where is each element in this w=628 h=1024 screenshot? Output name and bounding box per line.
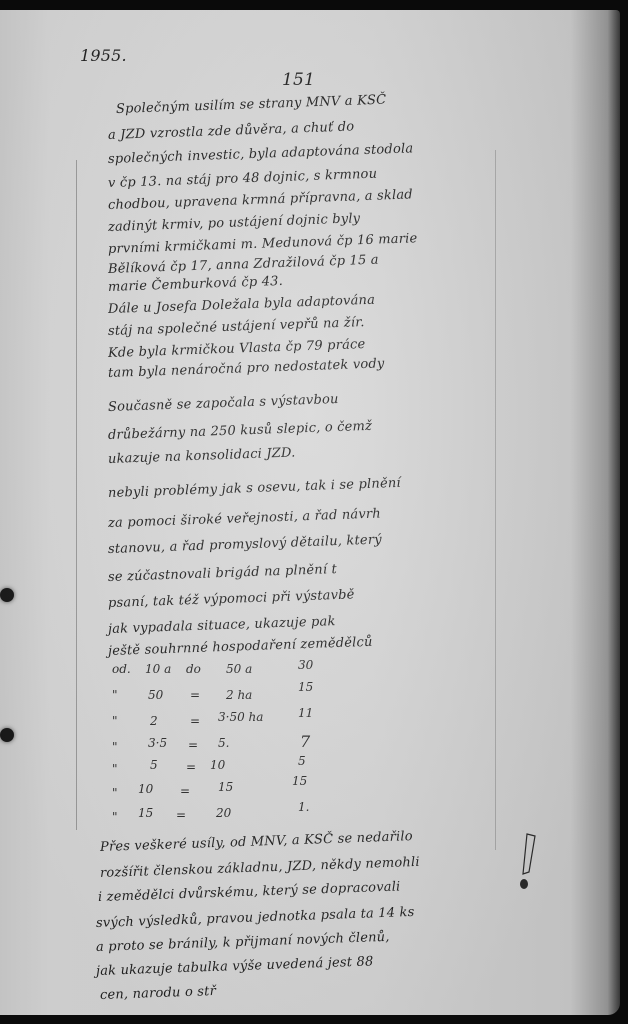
text-line: a JZD vzrostla zde důvěra, a chuť do bbox=[108, 119, 355, 143]
left-margin-line bbox=[76, 160, 77, 830]
text-line: marie Čemburková čp 43. bbox=[108, 274, 284, 295]
text-line: tam byla nenáročná pro nedostatek vody bbox=[108, 356, 385, 381]
text-line: Přes veškeré usíly, od MNV, a KSČ se ned… bbox=[100, 829, 413, 855]
text-line: jak vypadala situace, ukazuje pak bbox=[108, 614, 336, 637]
table-to: 50 a bbox=[226, 662, 252, 676]
table-count: 30 bbox=[298, 658, 313, 672]
text-line: nebyli problémy jak s osevu, tak i se pl… bbox=[108, 476, 401, 501]
table-prefix: " bbox=[112, 810, 118, 824]
table-from: 2 bbox=[150, 714, 158, 728]
text-line: zadinýt krmiv, po ustájení dojnic byly bbox=[108, 211, 361, 235]
table-to: 2 ha bbox=[226, 688, 252, 702]
text-line: Bělíková čp 17, anna Zdražilová čp 15 a bbox=[108, 253, 379, 277]
table-from: 10 a bbox=[145, 662, 171, 676]
table-op: = bbox=[188, 738, 198, 752]
table-from: 15 bbox=[138, 806, 153, 820]
text-line: a proto se bránily, k přijmaní nových čl… bbox=[96, 930, 390, 955]
table-op: = bbox=[186, 760, 196, 774]
table-op: do bbox=[186, 662, 201, 676]
table-prefix: " bbox=[112, 786, 118, 800]
table-to: 5. bbox=[218, 736, 229, 750]
ledger-page: 1955. 151 Společným usilím se strany MNV… bbox=[0, 10, 620, 1015]
table-prefix: " bbox=[112, 688, 118, 702]
table-prefix: " bbox=[112, 714, 118, 728]
text-line: drůbežárny na 250 kusů slepic, o čemž bbox=[108, 419, 373, 443]
table-count: 15 bbox=[298, 680, 313, 694]
text-line: psaní, tak též výpomoci při výstavbě bbox=[108, 587, 355, 611]
table-to: 20 bbox=[216, 806, 231, 820]
table-op: = bbox=[190, 714, 200, 728]
text-line: v čp 13. na stáj pro 48 dojnic, s krmnou bbox=[108, 167, 378, 191]
table-from: 10 bbox=[138, 782, 153, 796]
right-margin-line bbox=[495, 150, 496, 850]
table-to: 15 bbox=[218, 780, 233, 794]
page-number: 151 bbox=[282, 70, 315, 90]
text-line: i zemědělci dvůrskému, který se dopracov… bbox=[98, 879, 401, 905]
text-line: Dále u Josefa Doležala byla adaptována bbox=[108, 293, 376, 317]
year-heading: 1955. bbox=[80, 46, 127, 65]
table-prefix: " bbox=[112, 762, 118, 776]
binding-hole-upper bbox=[0, 588, 14, 602]
text-line: stanovu, a řad promyslový dětailu, který bbox=[108, 532, 382, 557]
text-line: Společným usilím se strany MNV a KSČ bbox=[116, 93, 387, 117]
table-to: 3·50 ha bbox=[218, 710, 263, 724]
table-count: 15 bbox=[292, 774, 307, 788]
text-line: rozšířit členskou základnu, JZD, někdy n… bbox=[100, 855, 420, 881]
text-line: společných investic, byla adaptována sto… bbox=[108, 141, 414, 167]
text-line: cen, narodu o stř bbox=[100, 984, 217, 1003]
text-line: Současně se započala s výstavbou bbox=[108, 392, 339, 415]
text-line: svých výsledků, pravou jednotka psala ta… bbox=[96, 905, 415, 931]
table-count: 7 bbox=[300, 732, 310, 751]
table-op: = bbox=[180, 784, 190, 798]
table-op: = bbox=[190, 688, 200, 702]
binding-hole-lower bbox=[0, 728, 14, 742]
table-prefix: " bbox=[112, 740, 118, 754]
text-line: chodbou, upravena krmná přípravna, a skl… bbox=[108, 187, 413, 213]
table-count: 11 bbox=[298, 706, 313, 720]
table-op: = bbox=[176, 808, 186, 822]
text-line: se zúčastnovali brigád na plnění t bbox=[108, 562, 337, 585]
table-from: 5 bbox=[150, 758, 158, 772]
table-to: 10 bbox=[210, 758, 225, 772]
table-count: 5 bbox=[298, 754, 306, 768]
text-line: jak ukazuje tabulka výše uvedená jest 88 bbox=[96, 954, 374, 979]
exclamation-mark-icon bbox=[520, 832, 538, 892]
text-line: ještě souhrnné hospodaření zemědělců bbox=[108, 635, 373, 659]
table-prefix: od. bbox=[112, 662, 131, 676]
table-from: 3·5 bbox=[148, 736, 167, 750]
table-from: 50 bbox=[148, 688, 163, 702]
text-line: za pomoci široké veřejnosti, a řad návrh bbox=[108, 506, 381, 531]
text-line: ukazuje na konsolidaci JZD. bbox=[108, 445, 296, 467]
text-line: stáj na společné ustájení vepřů na žír. bbox=[108, 315, 365, 339]
table-count: 1. bbox=[298, 800, 309, 814]
